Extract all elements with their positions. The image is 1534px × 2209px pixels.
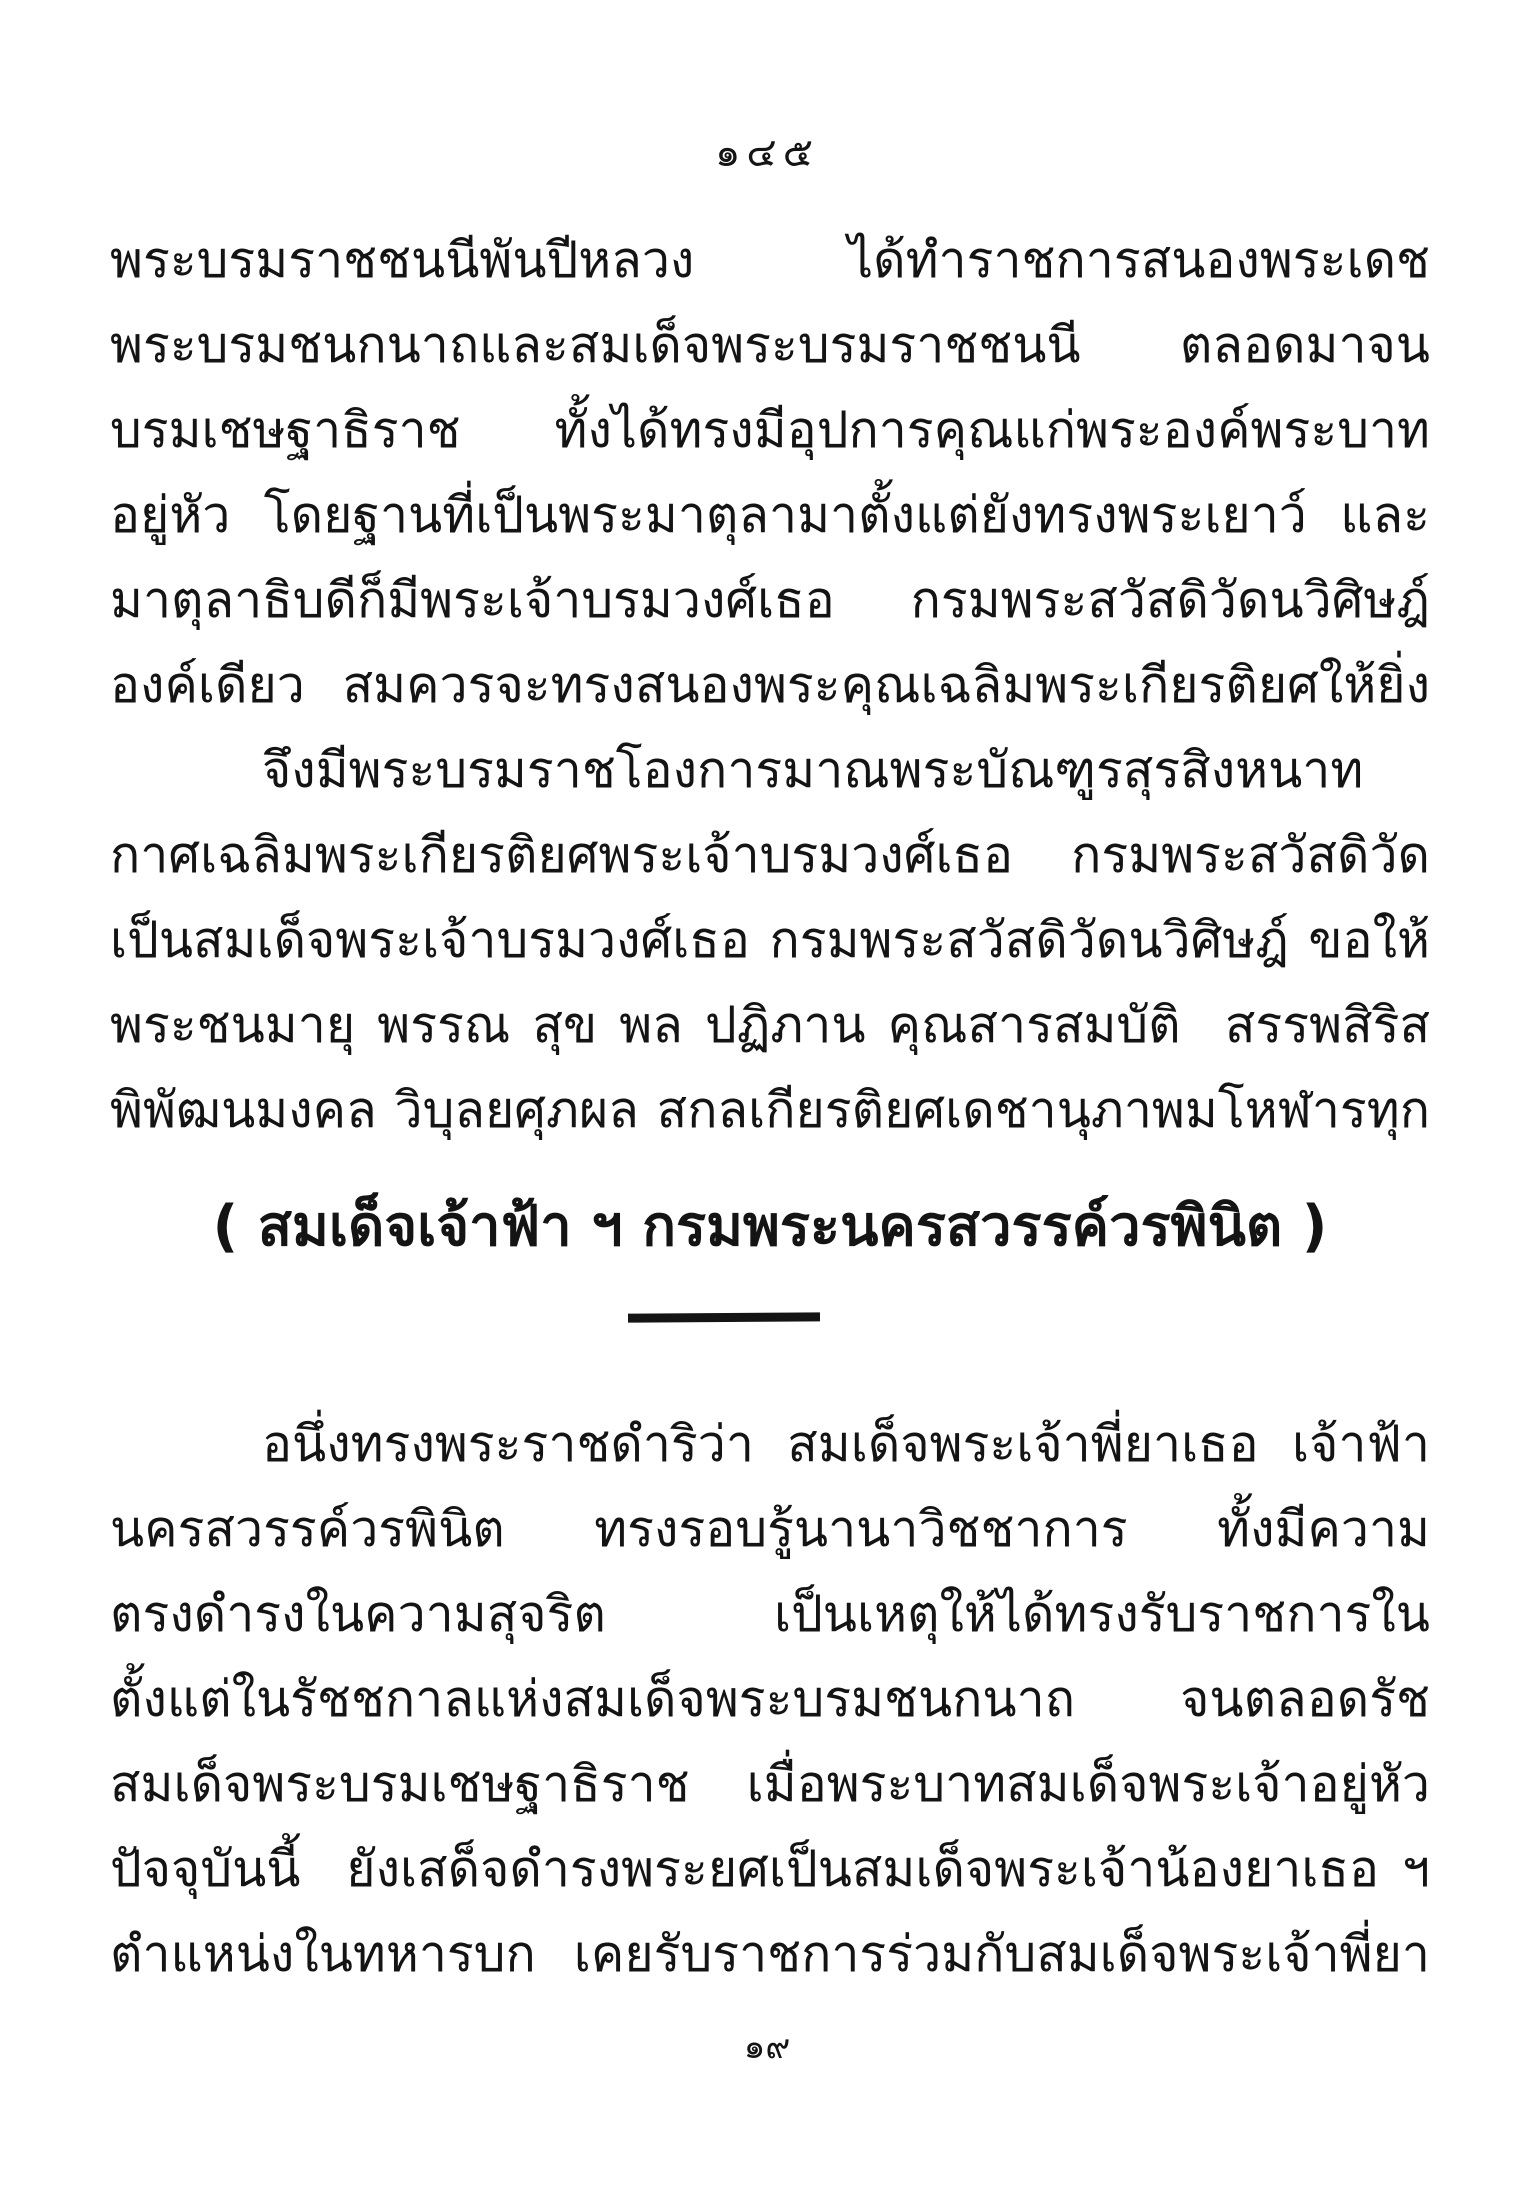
- text-line: อยู่หัว โดยฐานที่เป็นพระมาตุลามาตั้งแต่ย…: [110, 473, 1430, 558]
- text-line: อนึ่งทรงพระราชดำริว่า สมเด็จพระเจ้าพี่ยา…: [110, 1402, 1430, 1487]
- text-line: ตั้งแต่ในรัชชกาลแห่งสมเด็จพระบรมชนกนาถ จ…: [110, 1657, 1430, 1742]
- page-number-top: ๑๔๕: [0, 0, 1534, 180]
- text-line: ปัจจุบันนี้ ยังเสด็จดำรงพระยศเป็นสมเด็จพ…: [110, 1827, 1430, 1912]
- document-body: พระบรมราชชนนีพันปีหลวง ได้ทำราชการสนองพร…: [0, 218, 1534, 1997]
- text-line: สมเด็จพระบรมเชษฐาธิราช เมื่อพระบาทสมเด็จ…: [110, 1742, 1430, 1827]
- text-line: พิพัฒนมงคล วิบุลยศุภผล สกลเกียรติยศเดชาน…: [110, 1068, 1430, 1153]
- text-line: องค์เดียว สมควรจะทรงสนองพระคุณเฉลิมพระเก…: [110, 643, 1430, 728]
- document-page: ๑๔๕ พระบรมราชชนนีพันปีหลวง ได้ทำราชการสน…: [0, 0, 1534, 2209]
- text-line: นครสวรรค์วรพินิต ทรงรอบรู้นานาวิชชาการ ท…: [110, 1487, 1430, 1572]
- text-line: บรมเชษฐาธิราช ทั้งได้ทรงมีอุปการคุณแก่พร…: [110, 388, 1430, 473]
- text-line: เป็นสมเด็จพระเจ้าบรมวงศ์เธอ กรมพระสวัสดิ…: [110, 898, 1430, 983]
- text-line: ตำแหน่งในทหารบก เคยรับราชการร่วมกับสมเด็…: [110, 1912, 1430, 1997]
- text-line: พระบรมราชชนนีพันปีหลวง ได้ทำราชการสนองพร…: [110, 218, 1430, 303]
- section-divider: [628, 1312, 820, 1322]
- attribution-heading: ( สมเด็จเจ้าฟ้า ฯ กรมพระนครสวรรค์วรพินิต…: [110, 1181, 1430, 1273]
- text-line: จึงมีพระบรมราชโองการมาณพระบัณฑูรสุรสิงหน…: [110, 728, 1430, 813]
- text-line: พระชนมายุ พรรณ สุข พล ปฏิภาน คุณสารสมบัต…: [110, 983, 1430, 1068]
- text-line: กาศเฉลิมพระเกียรติยศพระเจ้าบรมวงศ์เธอ กร…: [110, 813, 1430, 898]
- text-line: พระบรมชนกนาถและสมเด็จพระบรมราชชนนี ตลอดม…: [110, 303, 1430, 388]
- text-line: มาตุลาธิบดีก็มีพระเจ้าบรมวงศ์เธอ กรมพระส…: [110, 558, 1430, 643]
- page-number-bottom: ๑๙: [0, 2023, 1534, 2071]
- text-line: ตรงดำรงในความสุจริต เป็นเหตุให้ได้ทรงรับ…: [110, 1572, 1430, 1657]
